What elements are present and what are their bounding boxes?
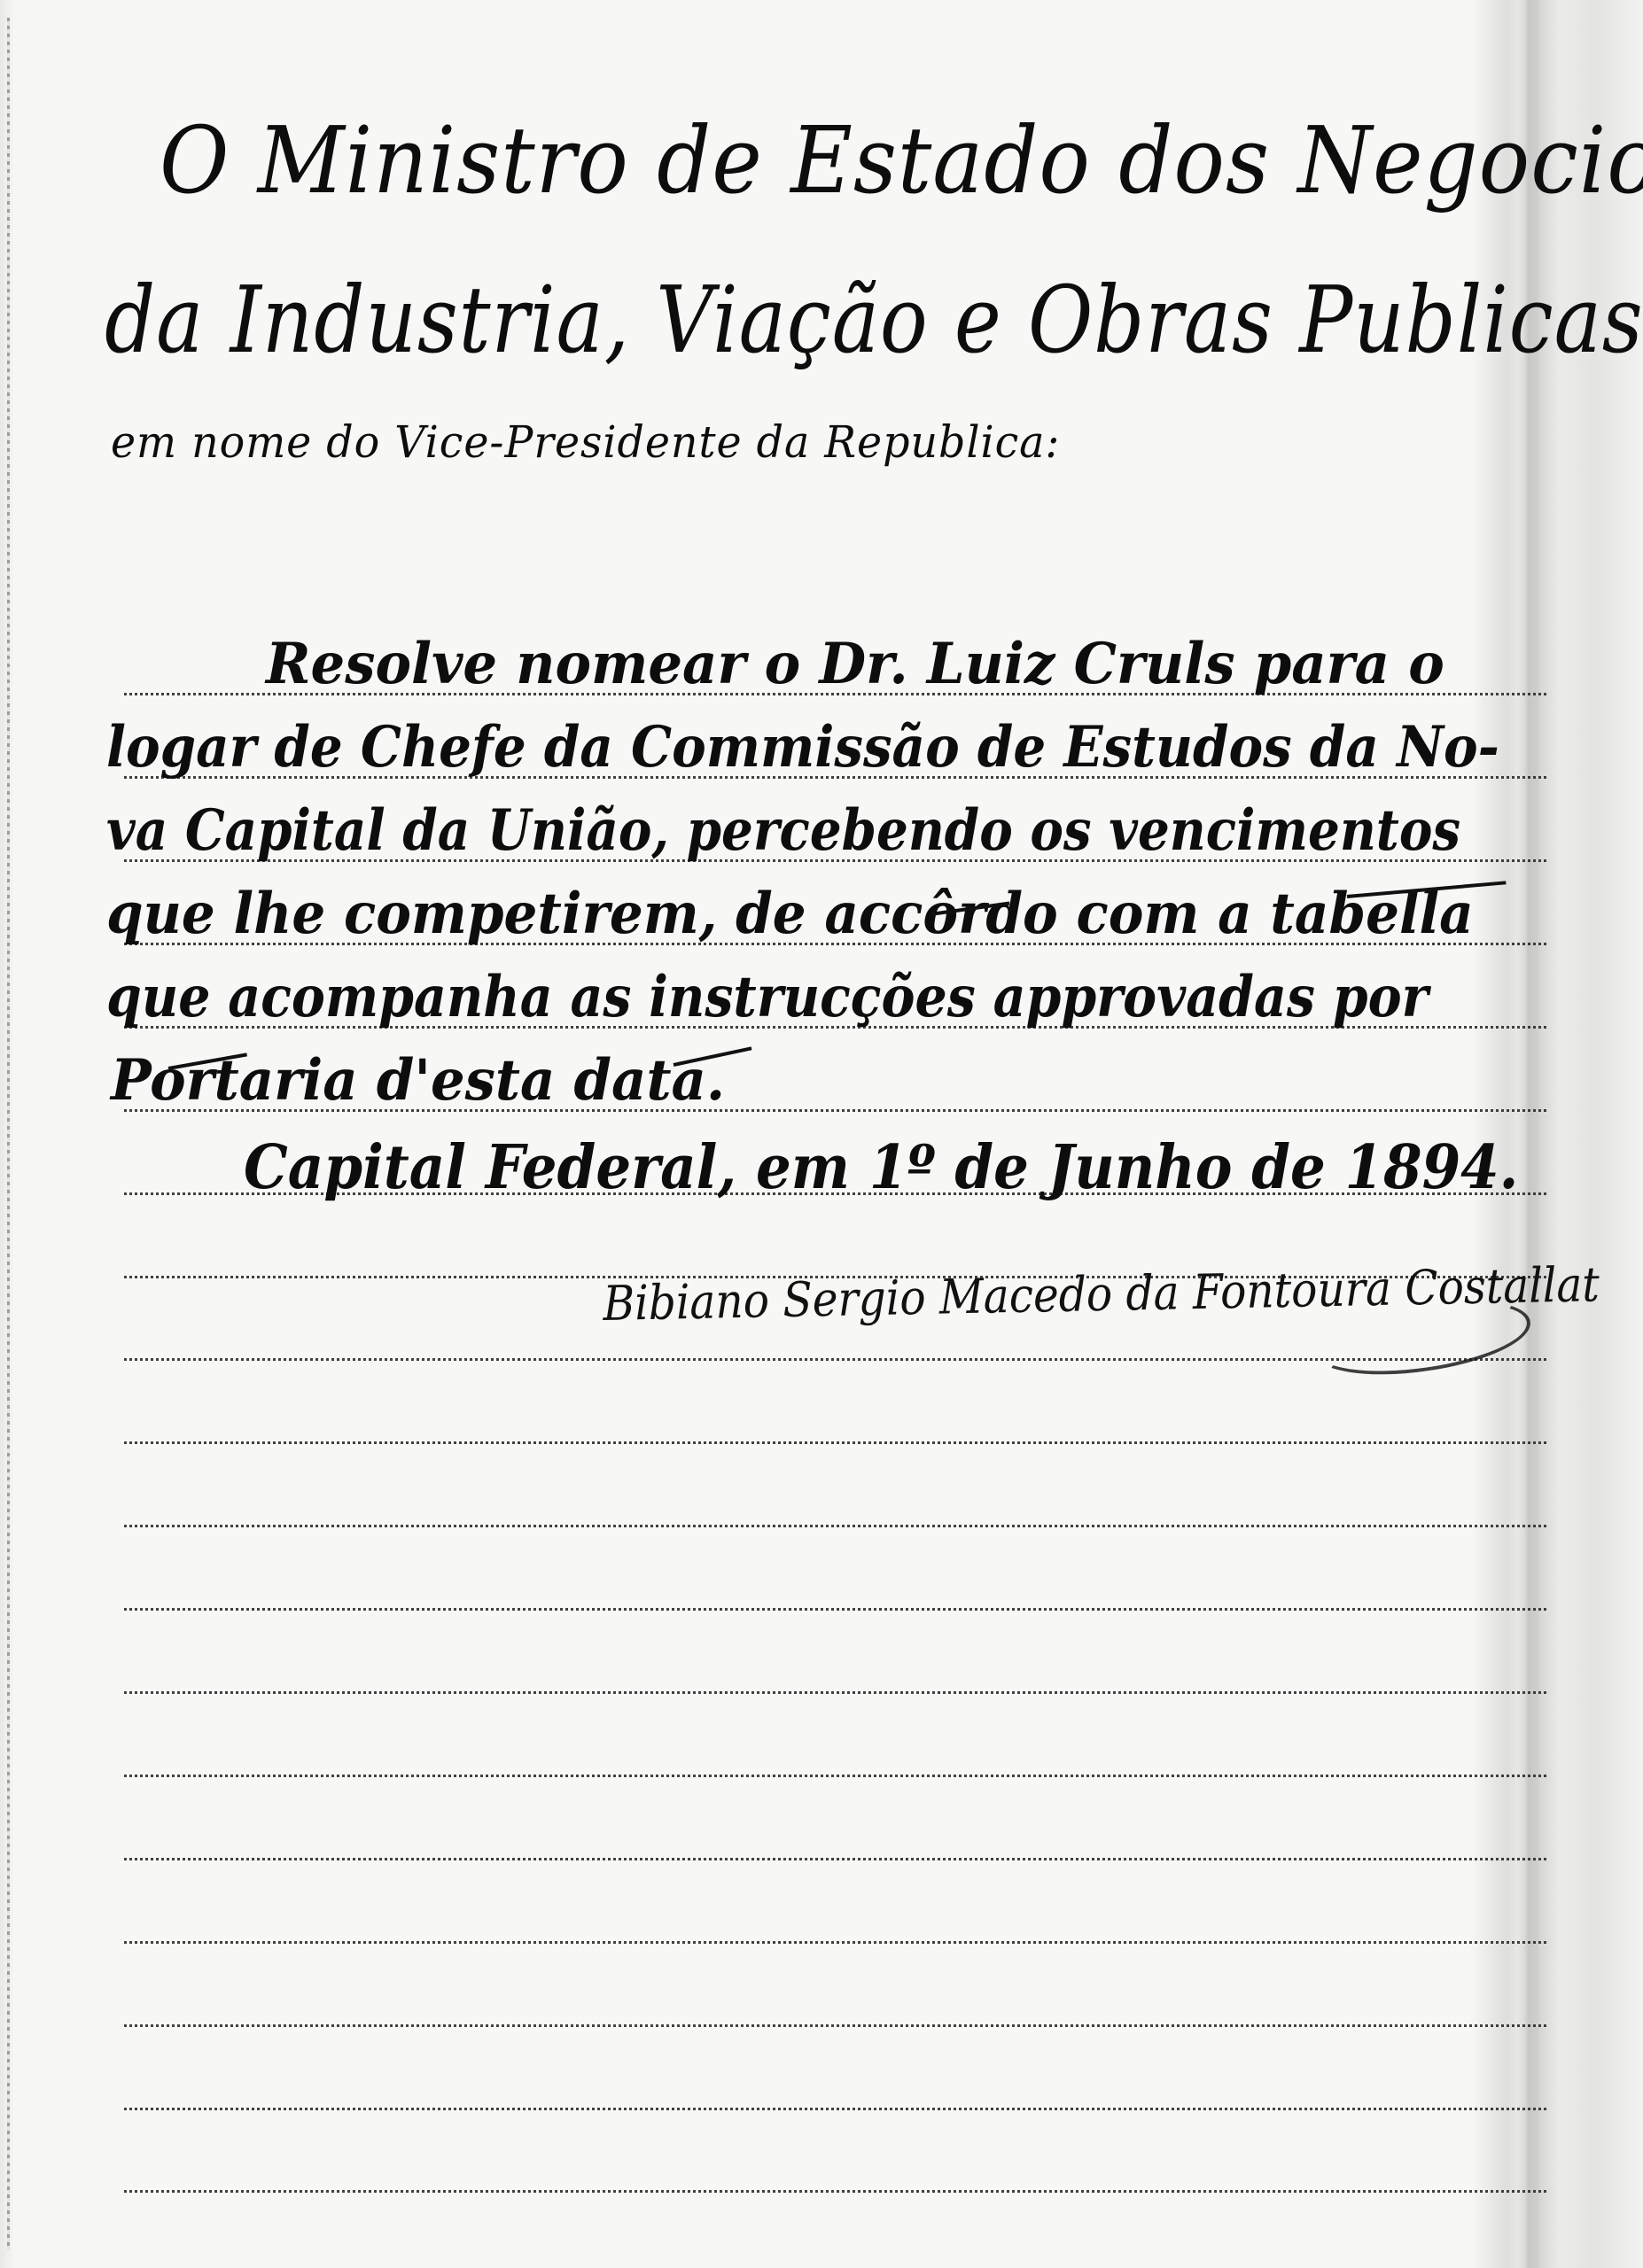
heading-minister-title: O Ministro de Estado dos Negocios: [160, 106, 1643, 214]
body-text-line: que acompanha as instrucções approvadas …: [106, 964, 1429, 1030]
ruled-line: [124, 2108, 1546, 2110]
place-and-date: Capital Federal, em 1º de Junho de 1894.: [244, 1132, 1518, 1203]
ruled-line: [124, 2190, 1546, 2193]
heading-ministry-name: da Industria, Viação e Obras Publicas,: [105, 266, 1643, 374]
body-text-line: logar de Chefe da Commissão de Estudos d…: [106, 714, 1499, 781]
page-left-edge: [7, 18, 10, 2250]
ruled-line: [124, 1608, 1546, 1611]
ruled-line: [124, 1441, 1546, 1444]
body-text-line: Portaria d'esta data.: [111, 1047, 725, 1114]
body-text-line: que lhe competirem, de accôrdo com a tab…: [106, 881, 1474, 947]
heading-on-behalf-of: em nome do Vice-Presidente da Republica:: [111, 416, 1060, 468]
ruled-line: [124, 1858, 1546, 1860]
document-page: O Ministro de Estado dos Negocios da Ind…: [0, 0, 1643, 2268]
body-text-line: Resolve nomear o Dr. Luiz Cruls para o: [266, 631, 1444, 697]
ruled-line: [124, 1691, 1546, 1694]
ruled-line: [124, 1775, 1546, 1777]
ruled-line: [124, 2024, 1546, 2027]
ruled-line: [124, 1941, 1546, 1944]
body-text-line: va Capital da União, percebendo os venci…: [106, 797, 1460, 864]
ruled-line: [124, 1525, 1546, 1527]
